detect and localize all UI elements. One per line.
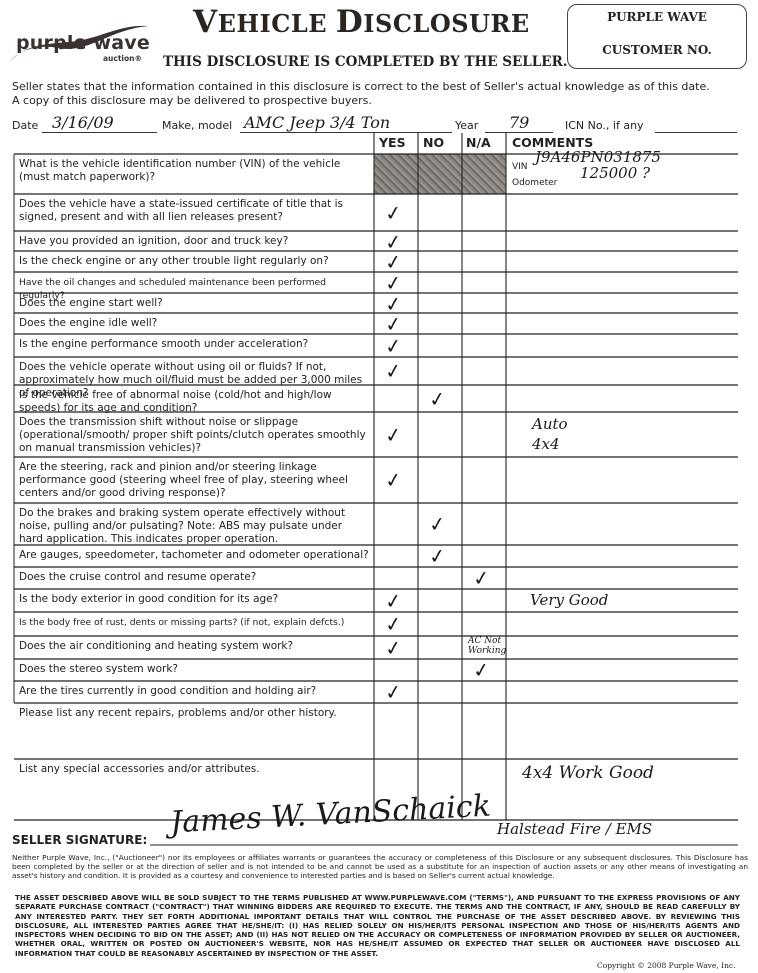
icn-label: ICN No., if any: [565, 119, 644, 132]
vin-label: VIN: [512, 162, 528, 172]
make-model-label: Make, model: [162, 119, 232, 132]
customer-box-label: PURPLE WAVECUSTOMER NO.: [568, 10, 746, 57]
date-label: Date: [12, 119, 38, 132]
comment-11[interactable]: Auto 4x4: [532, 414, 572, 454]
answer-no-cell-14[interactable]: ✓: [419, 546, 462, 566]
page-subtitle: THIS DISCLOSURE IS COMPLETED BY THE SELL…: [163, 54, 568, 70]
answer-yes-cell-15[interactable]: [375, 568, 418, 588]
question-7: Does the engine idle well?: [19, 317, 369, 330]
answer-na-cell-19[interactable]: ✓: [463, 660, 506, 680]
answer-no-cell-4[interactable]: [419, 252, 462, 271]
intro-text: Seller states that the information conta…: [12, 80, 710, 108]
seller-signature[interactable]: James W. VanSchaick: [169, 789, 491, 841]
question-6: Does the engine start well?: [19, 297, 369, 310]
answer-no-cell-6[interactable]: [419, 294, 462, 312]
checkmark-icon: ✓: [384, 360, 403, 382]
answer-no-cell-10[interactable]: ✓: [419, 386, 462, 411]
question-12: Are the steering, rack and pinion and/or…: [19, 461, 369, 500]
checkmark-icon: ✓: [384, 272, 403, 294]
date-field[interactable]: 3/16/09: [52, 113, 114, 132]
year-label: Year: [455, 119, 478, 132]
answer-na-cell-11[interactable]: [463, 413, 506, 456]
question-19: Does the stereo system work?: [19, 663, 369, 676]
checkmark-icon: ✓: [428, 387, 447, 409]
answer-no-cell-1: [419, 155, 462, 193]
checkmark-icon: ✓: [384, 334, 403, 356]
question-21: Please list any recent repairs, problems…: [19, 707, 369, 720]
answer-no-cell-3[interactable]: [419, 232, 462, 250]
answer-yes-cell-6[interactable]: ✓: [375, 294, 418, 312]
answer-yes-cell-1: [375, 155, 418, 193]
question-8: Is the engine performance smooth under a…: [19, 338, 369, 351]
question-16: Is the body exterior in good condition f…: [19, 593, 369, 606]
answer-na-cell-15[interactable]: ✓: [463, 568, 506, 588]
answer-no-cell-2[interactable]: [419, 195, 462, 230]
answer-no-cell-8[interactable]: [419, 335, 462, 356]
comment-16[interactable]: Very Good: [530, 591, 608, 609]
question-2: Does the vehicle have a state-issued cer…: [19, 198, 369, 224]
checkmark-icon: ✓: [384, 423, 403, 445]
question-18: Does the air conditioning and heating sy…: [19, 640, 369, 653]
seller-location[interactable]: Halstead Fire / EMS: [497, 820, 652, 838]
terms-text: THE ASSET DESCRIBED ABOVE WILL BE SOLD S…: [15, 893, 740, 958]
answer-no-cell-20[interactable]: [419, 682, 462, 702]
question-17: Is the body free of rust, dents or missi…: [19, 616, 369, 629]
answer-na-cell-12[interactable]: [463, 458, 506, 502]
answer-yes-cell-13[interactable]: [375, 504, 418, 544]
answer-yes-cell-12[interactable]: ✓: [375, 458, 418, 502]
answer-yes-cell-10[interactable]: [375, 386, 418, 411]
answer-yes-cell-20[interactable]: ✓: [375, 682, 418, 702]
answer-na-cell-6[interactable]: [463, 294, 506, 312]
answer-yes-cell-17[interactable]: ✓: [375, 613, 418, 635]
comment-22[interactable]: 4x4 Work Good: [522, 763, 654, 783]
answer-no-cell-19[interactable]: [419, 660, 462, 680]
answer-yes-cell-19[interactable]: [375, 660, 418, 680]
answer-na-cell-16[interactable]: [463, 590, 506, 611]
question-13: Do the brakes and braking system operate…: [19, 507, 369, 546]
header-na: N/A: [466, 135, 491, 150]
odometer-label: Odometer: [512, 178, 557, 188]
answer-yes-cell-4[interactable]: ✓: [375, 252, 418, 271]
answer-no-cell-13[interactable]: ✓: [419, 504, 462, 544]
answer-no-cell-12[interactable]: [419, 458, 462, 502]
answer-yes-cell-16[interactable]: ✓: [375, 590, 418, 611]
purple-wave-logo: purple wave auction®: [8, 10, 158, 70]
answer-na-cell-10[interactable]: [463, 386, 506, 411]
answer-na-cell-14[interactable]: [463, 546, 506, 566]
answer-no-cell-7[interactable]: [419, 314, 462, 333]
question-14: Are gauges, speedometer, tachometer and …: [19, 549, 369, 562]
answer-no-cell-11[interactable]: [419, 413, 462, 456]
answer-na-cell-21[interactable]: [463, 704, 506, 758]
answer-yes-cell-14[interactable]: [375, 546, 418, 566]
header-yes: YES: [379, 135, 406, 150]
answer-na-cell-8[interactable]: [463, 335, 506, 356]
answer-yes-cell-21[interactable]: [375, 704, 418, 758]
checkmark-icon: ✓: [472, 659, 491, 681]
answer-na-cell-5[interactable]: [463, 273, 506, 292]
logo-subtext: auction®: [103, 54, 142, 63]
disclaimer-text: Neither Purple Wave, Inc., ("Auctioneer"…: [12, 853, 748, 881]
answer-yes-cell-7[interactable]: ✓: [375, 314, 418, 333]
answer-yes-cell-2[interactable]: ✓: [375, 195, 418, 230]
answer-no-cell-18[interactable]: [419, 637, 462, 658]
checkmark-icon: ✓: [384, 681, 403, 703]
header-no: NO: [423, 135, 444, 150]
question-1: What is the vehicle identification numbe…: [19, 158, 369, 184]
answer-no-cell-16[interactable]: [419, 590, 462, 611]
checkmark-icon: ✓: [384, 251, 403, 273]
checkmark-icon: ✓: [384, 313, 403, 335]
copyright: Copyright © 2008 Purple Wave, Inc.: [597, 961, 736, 970]
answer-no-cell-21[interactable]: [419, 704, 462, 758]
question-20: Are the tires currently in good conditio…: [19, 685, 369, 698]
question-22: List any special accessories and/or attr…: [19, 763, 369, 776]
answer-na-cell-7[interactable]: [463, 314, 506, 333]
answer-na-cell-4[interactable]: [463, 252, 506, 271]
answer-no-cell-9[interactable]: [419, 358, 462, 384]
answer-na-cell-2[interactable]: [463, 195, 506, 230]
answer-na-cell-20[interactable]: [463, 682, 506, 702]
answer-yes-cell-9[interactable]: ✓: [375, 358, 418, 384]
checkmark-icon: ✓: [384, 589, 403, 611]
answer-no-cell-5[interactable]: [419, 273, 462, 292]
odometer-field[interactable]: 125000 ?: [580, 164, 650, 182]
answer-na-cell-13[interactable]: [463, 504, 506, 544]
checkmark-icon: ✓: [384, 636, 403, 658]
answer-yes-cell-3[interactable]: ✓: [375, 232, 418, 250]
question-4: Is the check engine or any other trouble…: [19, 255, 369, 268]
logo-text: purple wave: [16, 32, 150, 54]
customer-number-box[interactable]: PURPLE WAVECUSTOMER NO.: [567, 4, 747, 69]
answer-na-cell-3[interactable]: [463, 232, 506, 250]
vehicle-info-row: Date 3/16/09 Make, model AMC Jeep 3/4 To…: [12, 115, 742, 135]
answer-yes-cell-5[interactable]: ✓: [375, 273, 418, 292]
answer-no-cell-17[interactable]: [419, 613, 462, 635]
answer-yes-cell-8[interactable]: ✓: [375, 335, 418, 356]
checkmark-icon: ✓: [472, 567, 491, 589]
checkmark-icon: ✓: [384, 201, 403, 223]
question-15: Does the cruise control and resume opera…: [19, 571, 369, 584]
question-3: Have you provided an ignition, door and …: [19, 235, 369, 248]
answer-na-cell-9[interactable]: [463, 358, 506, 384]
answer-na-cell-1: [463, 155, 506, 193]
answer-na-cell-17[interactable]: [463, 613, 506, 635]
answer-no-cell-15[interactable]: [419, 568, 462, 588]
checkmark-icon: ✓: [428, 513, 447, 535]
checkmark-icon: ✓: [384, 613, 403, 635]
comment-18[interactable]: AC Not Working: [468, 636, 538, 656]
year-field[interactable]: 79: [509, 113, 529, 132]
seller-signature-label: SELLER SIGNATURE:: [12, 833, 147, 847]
answer-yes-cell-18[interactable]: ✓: [375, 637, 418, 658]
checkmark-icon: ✓: [384, 469, 403, 491]
make-model-field[interactable]: AMC Jeep 3/4 Ton: [244, 113, 390, 132]
question-10: Is the vehicle free of abnormal noise (c…: [19, 389, 369, 415]
checkmark-icon: ✓: [428, 545, 447, 567]
answer-yes-cell-11[interactable]: ✓: [375, 413, 418, 456]
question-11: Does the transmission shift without nois…: [19, 416, 369, 455]
page-title: VEHICLE DISCLOSURE: [193, 4, 530, 40]
